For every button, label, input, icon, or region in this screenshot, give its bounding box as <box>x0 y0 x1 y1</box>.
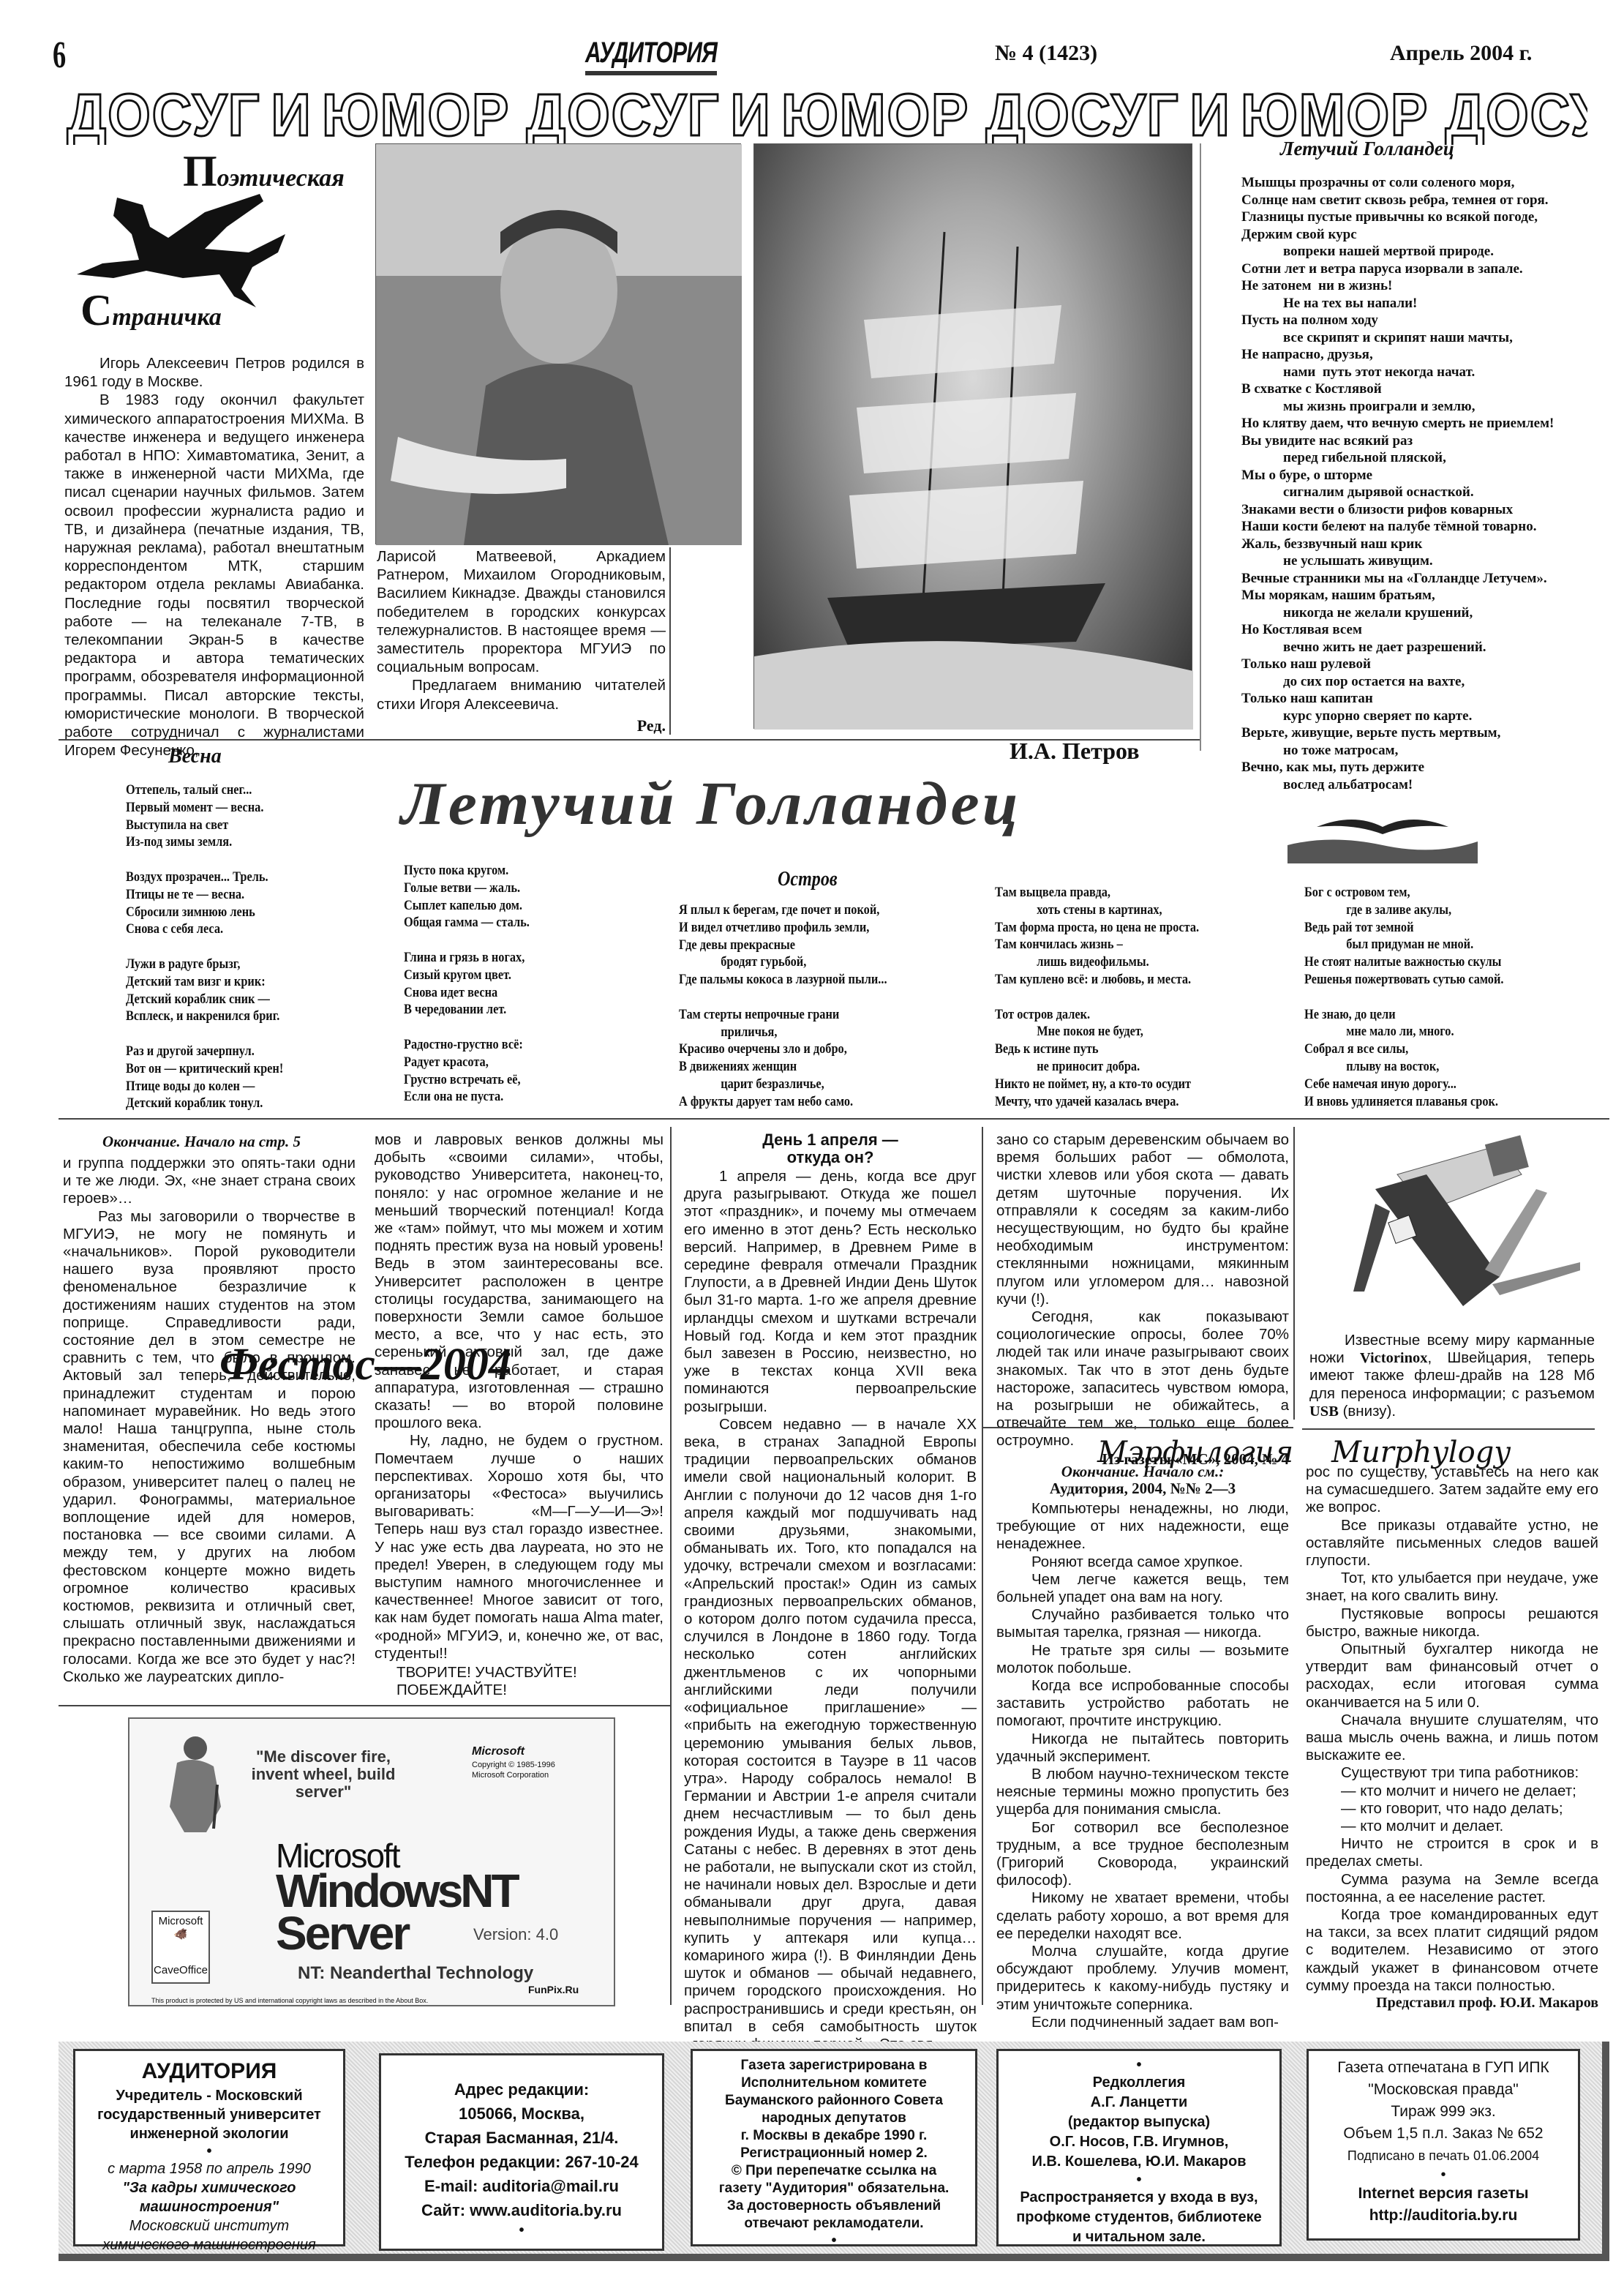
column-divider <box>669 547 671 735</box>
section-divider <box>59 1705 670 1706</box>
section-banner: ДОСУГИЮМОР ДОСУГИЮМОР ДОСУГИЮМОР ДОСУГ <box>59 86 1587 145</box>
section-divider <box>59 739 1200 741</box>
festos-slogan: ТВОРИТЕ! УЧАСТВУЙТЕ! ПОБЕЖДАЙТЕ! <box>375 1664 663 1699</box>
festos-col-1: и группа поддержки это опять-таки одни и… <box>63 1155 356 1686</box>
column-divider <box>670 1127 672 2005</box>
poem-title-island: Остров <box>778 868 838 891</box>
ad-tagline: NT: Neanderthal Technology <box>298 1963 533 1984</box>
issue-date: Апрель 2004 г. <box>1390 41 1532 66</box>
ghost-ship-photo <box>753 143 1192 729</box>
poetic-page-logo: Поэтическая Страничка <box>59 146 366 337</box>
man-portrait-icon <box>376 144 742 545</box>
poem-title-flying-dutchman: Летучий Голландец <box>1280 138 1454 160</box>
windows-nt-parody-ad: "Me discover fire, invent wheel, build s… <box>128 1717 615 2006</box>
murphology-col-1: Компьютеры ненадежны, но люди, требующие… <box>996 1500 1289 2031</box>
poetry-main-title: Летучий Голландец <box>401 768 1021 839</box>
poem-title-spring: Весна <box>168 745 222 768</box>
april-fools-text-continued: зано со старым деревенским обычаем во вр… <box>996 1131 1289 1469</box>
imprint-box-printing: Газета отпечатана в ГУП ИПК"Московская п… <box>1307 2049 1580 2241</box>
column-divider <box>982 1127 983 2005</box>
ad-quote: "Me discover fire, invent wheel, build s… <box>247 1748 400 1801</box>
pocket-knife-usb-icon <box>1331 1131 1580 1328</box>
section-divider <box>1302 1428 1595 1430</box>
poem-island-col-1: Я плыл к берегам, где почет и покой, И в… <box>679 902 887 1111</box>
poem-island-col-3: Бог с островом тем, где в заливе акулы, … <box>1304 884 1503 1110</box>
ms-logo-small: Microsoft <box>472 1745 525 1758</box>
festos-col-2: мов и лавровых венков должны мы добыть «… <box>375 1131 663 1700</box>
poem-lines: Мышцы прозрачны от соли соленого моря, С… <box>1241 174 1607 793</box>
poem-spring-col-2: Пусто пока кругом. Голые ветви — жаль. С… <box>404 862 530 1106</box>
poem-spring-col-1: Оттепель, талый снег... Первый момент — … <box>126 781 283 1112</box>
page-number: 6 <box>53 34 66 77</box>
poem-island-col-2: Там выцвела правда, хоть стены в картина… <box>995 884 1199 1110</box>
sailing-ship-icon <box>754 144 1193 730</box>
ad-version: Version: 4.0 <box>473 1925 558 1944</box>
ad-site: FunPix.Ru <box>528 1984 579 1995</box>
imprint-box-publisher: АУДИТОРИЯ Учредитель - Московскийгосудар… <box>73 2049 345 2246</box>
author-name: И.А. Петров <box>1010 738 1139 765</box>
murphology-note: Окончание. Начало см.: Аудитория, 2004, … <box>996 1463 1289 1497</box>
column-divider <box>1293 1127 1295 1420</box>
april-fools-title: День 1 апреля — откуда он? <box>684 1131 977 1166</box>
caveoffice-box: Microsoft 🐗 CaveOffice <box>151 1911 210 1984</box>
section-divider <box>982 1427 1293 1428</box>
ad-legal: This product is protected by US and inte… <box>151 1997 428 2004</box>
animals-icon: 🐗 <box>153 1927 208 1964</box>
logo-line-2: Страничка <box>80 285 222 336</box>
caveman-icon <box>155 1733 236 1836</box>
victorinox-caption: Известные всему миру карманные ножи Vict… <box>1309 1332 1595 1420</box>
albatross-sea-icon <box>1287 805 1478 863</box>
ad-copyright: Copyright © 1985-1996 Microsoft Corporat… <box>472 1760 555 1780</box>
imprint-box-registration: Газета зарегистрирована вИсполнительном … <box>691 2049 977 2246</box>
masthead-logo: АУДИТОРИЯ <box>585 37 717 75</box>
author-portrait-photo <box>375 143 741 544</box>
murphology-signature: Представил проф. Ю.И. Макаров <box>1306 1995 1598 2012</box>
ad-server: Server <box>276 1906 408 1960</box>
author-bio-continued: Ларисой Матвеевой, Аркадием Ратнером, Ми… <box>377 547 666 735</box>
editor-signature: Ред. <box>377 716 666 735</box>
column-divider <box>1200 143 1201 751</box>
section-divider <box>59 1118 1609 1120</box>
author-bio: Игорь Алексеевич Петров родился в 1961 г… <box>64 354 364 760</box>
website-link[interactable]: http://auditoria.by.ru <box>1313 2205 1574 2227</box>
imprint-box-editorial: • РедколлегияА.Г. Ланцетти(редактор выпу… <box>996 2049 1282 2246</box>
continuation-note: Окончание. Начало на стр. 5 <box>102 1133 301 1151</box>
murphology-col-2: рос по существу, уставьтесь на него как … <box>1306 1463 1598 2012</box>
poem-flying-dutchman: Мышцы прозрачны от соли соленого моря, С… <box>1241 174 1607 793</box>
issue-number: № 4 (1423) <box>995 41 1097 66</box>
imprint-box-address: Адрес редакции:105066, Москва,Старая Бас… <box>379 2053 664 2251</box>
april-fools-text: 1 апреля — день, когда все друг друга ра… <box>684 1168 977 2053</box>
